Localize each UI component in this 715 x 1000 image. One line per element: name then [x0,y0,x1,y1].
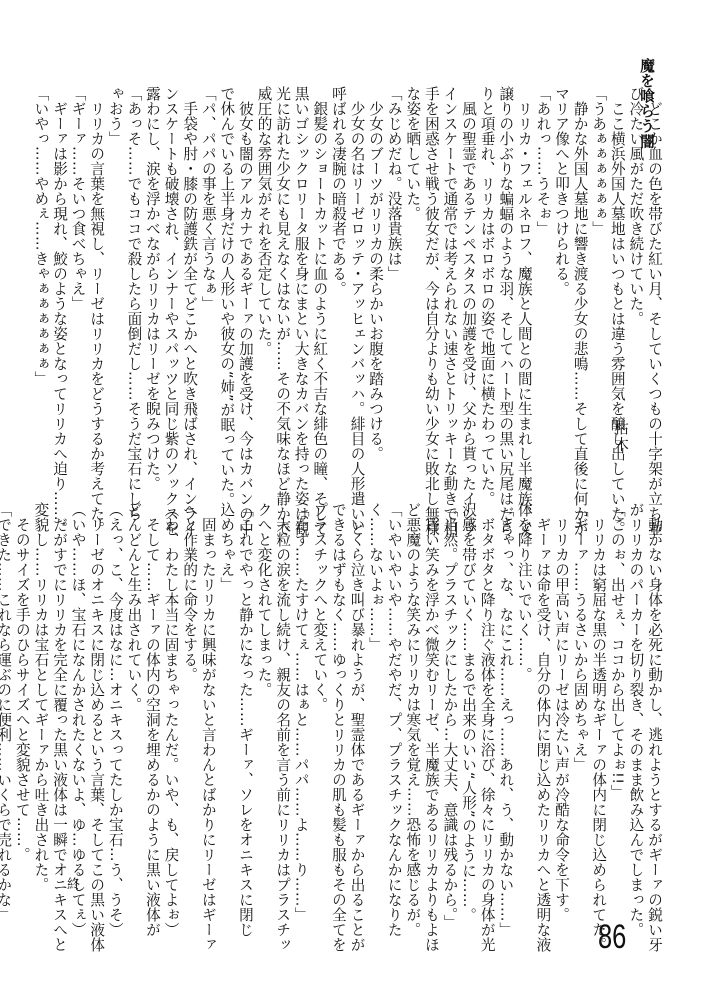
text-line: 「できた……これなら運ぶのに便利……いくらで売れるかな」 [0,502,12,897]
text-line: だがすでにリリカを完全に覆った黒い液体は一瞬でオニキスへと [49,502,68,897]
text-line: 少女の名はリーゼロッテ・アッヒェンバッハ。緋目の人形遣いと [347,86,366,481]
text-line: リリカ・フェルネロフ、魔族と人間との間に生まれし半魔族、父 [514,86,533,481]
text-line: プラスチックへと変えていく。 [310,502,329,897]
text-line: 「あっそ……でもココで殺したら面倒だし……そうだ宝石にしち [124,86,143,481]
text-line: 体を降り注いでいく……。 [514,502,533,897]
text-line: く……ないよぉ……」 [366,502,385,897]
text-line: 沢感を帯びていく……まるで出来のいい“人形”のように……。 [458,502,477,897]
text-line: 大粒の涙を流し続け、親友の名前を言う前にリリカはプラスチッ [273,502,292,897]
text-line: 銀髪のショートカットに血のように紅く不吉な緋色の瞳、そして [310,86,329,481]
text-line: 黒いゴシックロリータ服を身にまとい大きなカバンを持った姿は観 [291,86,310,481]
text-line: 譲りの小ぶりな蝙蝠のような羽、そしてハート型の黒い尻尾はだら [496,86,515,481]
text-line: 手を困惑させ戦う彼女だが、今は自分よりも幼い少女に敗北し無様 [421,86,440,481]
page-number: 86 [598,918,626,957]
text-line: 威圧的な雰囲気がそれを否定していた。 [254,86,273,481]
text-line: そのサイズを手のひらサイズへと変貌させて……。 [12,502,31,897]
text-line: 「あれっ……うそぉ」 [533,86,552,481]
text-line: 「みじめだね。没落貴族は」 [384,86,403,481]
text-line: リリカの甲高い声にリーゼは冷たい声が冷酷な命令を下す。 [551,502,570,897]
text-line: インスケートで通常では考えられない速さとトリッキーな動きで相 [440,86,459,481]
text-line: 「いやっ……やめぇ……きゃぁぁぁぁぁぁ」 [31,86,50,481]
text-line: 「パ、パパの事を悪く言うなぁ」 [198,86,217,481]
text-line: 変貌し……リリカは宝石としてギーァから吐き出された。 [31,502,50,897]
text-line: ギーァは命を受け、自分の体内に閉じ込めたリリカへと透明な液 [533,502,552,897]
text-line: リリカは窮屈な黒の半透明なギーァの体内に閉じ込められてた。 [589,502,608,897]
text-line: （いや……ほ、宝石になんかされたくないよ、ゆ…ゆるしてぇ） [68,502,87,897]
text-line: いくら泣き叫び暴れようが、聖霊体であるギーァから出ることが [347,502,366,897]
text-line: 「これでやっと静かになった……ギーァ、ソレをオニキスに閉じ [235,502,254,897]
text-line: ゃおう」 [105,86,124,481]
text-line: 昏い笑みを浮かべ微笑むリーゼ、半魔族であるリリカよりもよほ [421,502,440,897]
text-line: 固まったリリカに興味がないと言わんとばかりにリーゼはギーァ [198,502,217,897]
text-tier-bottom: 動かない身体を必死に動かし、逃れようとするがギーァの鋭い牙がリリカのパーカーを切… [0,502,663,897]
text-line: 「たす……たすけてぇ……はぁと……パパ……よ……り……」 [291,502,310,897]
text-line: リリカの言葉を無視し、リーゼはリリカをどうするか考えてた。 [87,86,106,481]
text-line: どんどんと生み出されていく。 [124,502,143,897]
text-line: 光に訪れた少女にも見えなくはないが……その不気味なほど静かで [273,86,292,481]
text-line: 彼女も闇のアルカナであるギーァの加護を受け、今はカバンの中 [235,86,254,481]
text-line: 「うあぁぁぁぁぁぁ」 [589,86,608,481]
text-line: リーゼのオニキスに閉じ込めるという言葉、そしてこの黒い液体 [87,502,106,897]
text-line: 少女のブーツがリリカの柔らかいお腹を踏みつける。 [366,86,385,481]
text-line: 「ギーァ……うるさいから固めちゃえ」 [570,502,589,897]
text-line: どこか血の色を帯びた紅い月、そしていくつもの十字架が立ち並 [644,86,663,481]
text-line: 「きゃっ、な、なにこれ……えっ……あれ、う、動かない……」 [496,502,515,897]
text-tier-top: どこか血の色を帯びた紅い月、そしていくつもの十字架が立ち並び冷たい風がただ吹き続… [31,86,663,481]
text-line: りと項垂れ、リリカはボロボロの姿で地面に横たわっていた。 [477,86,496,481]
text-line: 込めちゃえ」 [217,502,236,897]
text-line: クへと変化されてしまった。 [254,502,273,897]
text-line: （えっ、こ、今度はなに…オニキスってたしか宝石…う、うそ） [105,502,124,897]
text-line: ンスケートも破壊され、インナーやスパッツと同じ紫のソックスを [161,86,180,481]
text-line: 風の聖霊であるテンペスタスの加護を受け、父から貰ったインラ [458,86,477,481]
text-line: 静かな外国人墓地に響き渡る少女の悲鳴……そして直後に何かが [570,86,589,481]
text-line: 手袋や肘・膝の防護鉄が全てどこかへと吹き飛ばされ、インライ [180,86,199,481]
text-line: な姿を晒していた。 [403,86,422,481]
text-line: がリリカのパーカーを切り裂き、そのまま飲み込んでしまった。 [626,502,645,897]
text-line: ボタボタと降り注ぐ液体を全身に浴び、徐々にリリカの身体が光 [477,502,496,897]
text-line: できるはずもなく……ゆっくりとリリカの肌も髪も服もその全てを [328,502,347,897]
text-line: ここ横浜外国人墓地はいつもとは違う雰囲気を醸し出していた。 [607,86,626,481]
text-line: 動かない身体を必死に動かし、逃れようとするがギーァの鋭い牙 [644,502,663,897]
text-line: ど悪魔のような笑みにリリカは寒気を覚え……恐怖を感じるが。 [403,502,422,897]
text-line: 「このぉ、出せぇ、ココから出してよぉ!!」 [607,502,626,897]
text-line: で休んでいる上半身だけの人形いや彼女の“姉”が眠っていた。 [217,86,236,481]
text-line: 露わにし、涙を浮かべながらリリカはリーゼを睨みつけた。 [142,86,161,481]
text-line: （わ、わたし本当に固まちゃったんだ。いや、も、戻してよぉ） [161,502,180,897]
text-line: び冷たい風がただ吹き続けていた。 [626,86,645,481]
end-mark: 終 [62,877,81,890]
text-line: 「当然。プラスチックにしたから…大丈夫、意識は残るから。」 [440,502,459,897]
text-line: 「いやいやいや……やだやだ、プ、プラスチックなんかになりた [384,502,403,897]
text-line: 呼ばれる凄腕の暗殺者である。 [328,86,347,481]
text-line: 「ギーァ……そいつ食べちゃえ」 [68,86,87,481]
text-line: そして……ギーァの体内の空洞を埋めるかのように黒い液体が [142,502,161,897]
text-line: へと作業的に命令をする。 [180,502,199,897]
text-line: マリア像へと叩きつけられる。 [551,86,570,481]
text-line: ギーァは影から現れ、鮫のような姿となってリリカへ迫り……。 [49,86,68,481]
